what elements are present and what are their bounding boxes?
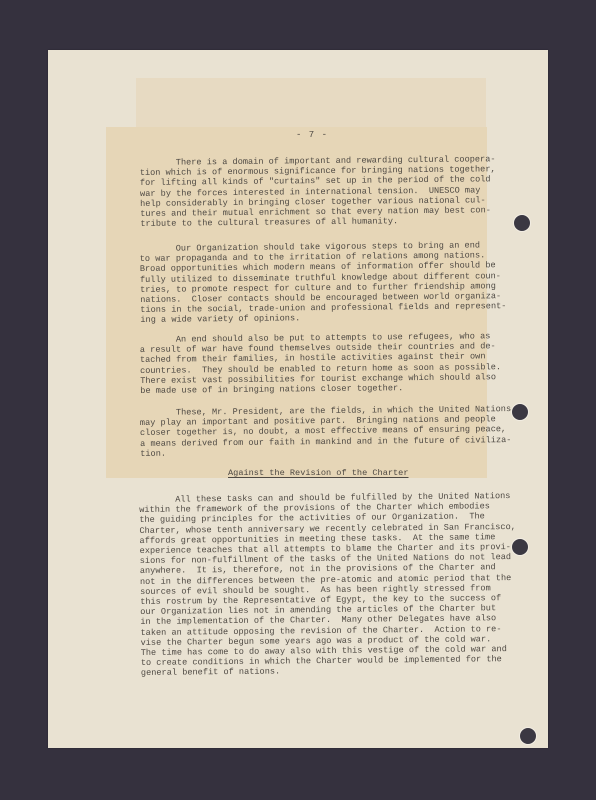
- paragraph: These, Mr. President, are the fields, in…: [140, 404, 513, 459]
- paragraph: Our Organization should take vigorous st…: [140, 240, 513, 326]
- typed-text: - 7 - There is a domain of important and…: [48, 50, 548, 748]
- paragraph: All these tasks can and should be fulfil…: [139, 491, 513, 679]
- document-page: - 7 - There is a domain of important and…: [48, 50, 548, 748]
- paragraph: An end should also be put to attempts to…: [140, 331, 513, 396]
- paragraph: There is a domain of important and rewar…: [140, 154, 513, 229]
- page-number: - 7 -: [296, 130, 328, 140]
- section-heading: Against the Revision of the Charter: [228, 468, 409, 478]
